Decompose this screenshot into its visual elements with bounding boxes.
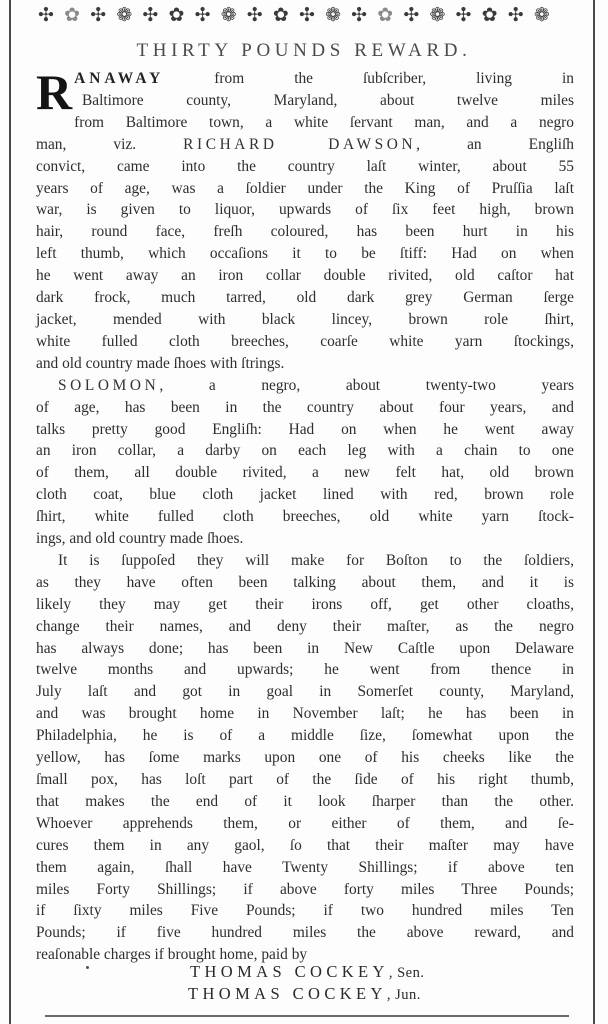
signature-suffix: , Jun. <box>387 987 421 1003</box>
line-text: Philadelphia, he is of a middle ſize, ſo… <box>36 727 574 744</box>
text-line: an iron collar, a darby on each leg with… <box>36 440 574 462</box>
line-text: convict, came into the country laſt wint… <box>36 158 574 175</box>
rosette-ornament-icon: ❁ <box>425 4 449 26</box>
line-text: Whoever apprehends them, or either of th… <box>36 815 574 832</box>
text-line: war, is given to liquor, upwards of ſix … <box>36 199 574 221</box>
rosette-ornament-icon: ❁ <box>112 4 136 26</box>
signature-suffix: , Sen. <box>389 965 425 981</box>
advertisement-body: RANAWAY from the ſubſcriber, living inBa… <box>36 68 574 966</box>
cross-flower-ornament-icon: ✣ <box>191 4 215 26</box>
line-text: talks pretty good Engliſh: Had on when h… <box>36 421 574 438</box>
line-text: of age, has been in the country about fo… <box>36 399 574 416</box>
text-line: Baltimore county, Maryland, about twelve… <box>36 90 574 112</box>
cross-flower-ornament-icon: ✣ <box>452 4 476 26</box>
rosette-ornament-icon: ✿ <box>478 4 502 26</box>
line-text: has always done; has been in New Caſtle … <box>36 640 574 657</box>
text-line: of age, has been in the country about fo… <box>36 397 574 419</box>
text-line: as they have often been talking about th… <box>36 572 574 594</box>
text-line: that makes the end of it look ſharper th… <box>36 791 574 813</box>
text-line: white fulled cloth breeches, coarſe whit… <box>36 331 574 353</box>
line-text: from Baltimore town, a white ſervant man… <box>74 114 574 131</box>
cross-flower-ornament-icon: ✣ <box>399 4 423 26</box>
text-line: left thumb, which occaſions it to be ſti… <box>36 243 574 265</box>
line-text: from the ſubſcriber, living in <box>164 70 574 87</box>
line-text: ſhirt, white fulled cloth breeches, old … <box>36 508 574 525</box>
text-line: ſhirt, white fulled cloth breeches, old … <box>36 506 574 528</box>
line-text: , an Engliſh <box>416 136 574 153</box>
line-prefix: man, viz. <box>36 136 183 153</box>
text-line: man, viz. RICHARD DAWSON, an Engliſh <box>36 134 574 156</box>
drop-cap: R <box>36 72 72 112</box>
line-text: likely they may get their irons off, get… <box>36 596 574 613</box>
line-text: cloth coat, blue cloth jacket lined with… <box>36 486 574 503</box>
line-text: white fulled cloth breeches, coarſe whit… <box>36 333 574 350</box>
text-line: July laſt and got in goal in Somerſet co… <box>36 681 574 703</box>
cross-flower-ornament-icon: ✣ <box>243 4 267 26</box>
cross-flower-ornament-icon: ✣ <box>347 4 371 26</box>
text-line: ings, and old country made ſhoes. <box>36 528 574 550</box>
rosette-ornament-icon: ❁ <box>217 4 241 26</box>
line-text: , a negro, about twenty-two years <box>159 377 574 394</box>
rosette-ornament-icon: ✿ <box>373 4 397 26</box>
text-line: cloth coat, blue cloth jacket lined with… <box>36 484 574 506</box>
cross-flower-ornament-icon: ✣ <box>86 4 110 26</box>
text-line: dark frock, much tarred, old dark grey G… <box>36 287 574 309</box>
rosette-ornament-icon: ✿ <box>164 4 188 26</box>
left-column-rule <box>9 0 11 1024</box>
line-text: jacket, mended with black lincey, brown … <box>36 311 574 328</box>
text-line: convict, came into the country laſt wint… <box>36 156 574 178</box>
text-line: talks pretty good Engliſh: Had on when h… <box>36 419 574 441</box>
line-text: of them, all double rivited, a new felt … <box>36 464 574 481</box>
text-line: change their names, and deny their maſte… <box>36 616 574 638</box>
signature-name: THOMAS COCKEY <box>188 984 387 1003</box>
signature-junior: THOMAS COCKEY, Jun. <box>188 984 568 1004</box>
text-line: cures them in any gaol, ſo that their ma… <box>36 835 574 857</box>
text-line: has always done; has been in New Caſtle … <box>36 638 574 660</box>
line-text: and old country made ſhoes with ſtrings. <box>36 355 284 372</box>
line-text: if ſixty miles Five Pounds; if two hundr… <box>36 902 574 919</box>
cross-flower-ornament-icon: ✣ <box>34 4 58 26</box>
text-line: It is ſuppoſed they will make for Boſton… <box>36 550 574 572</box>
text-line: them again, ſhall have Twenty Shillings;… <box>36 857 574 879</box>
text-line: Pounds; if five hundred miles the above … <box>36 922 574 944</box>
newspaper-clipping: ✣✿✣❁✣✿✣❁✣✿✣❁✣✿✣❁✣✿✣❁ THIRTY POUNDS REWAR… <box>0 0 608 1024</box>
text-line: likely they may get their irons off, get… <box>36 594 574 616</box>
line-text: dark frock, much tarred, old dark grey G… <box>36 289 574 306</box>
line-text: It is ſuppoſed they will make for Boſton… <box>58 552 574 569</box>
text-line: from Baltimore town, a white ſervant man… <box>36 112 574 134</box>
headline: THIRTY POUNDS REWARD. <box>0 40 608 62</box>
rosette-ornament-icon: ❁ <box>321 4 345 26</box>
line-text: Pounds; if five hundred miles the above … <box>36 924 574 941</box>
line-text: as they have often been talking about th… <box>36 574 574 591</box>
text-line: Whoever apprehends them, or either of th… <box>36 813 574 835</box>
line-text: ings, and old country made ſhoes. <box>36 530 243 547</box>
person-name: SOLOMON <box>58 377 159 394</box>
signature-senior: THOMAS COCKEY, Sen. <box>190 962 570 982</box>
text-line: hair, round face, freſh coloured, has be… <box>36 221 574 243</box>
text-line: ANAWAY from the ſubſcriber, living in <box>36 68 574 90</box>
line-text: reaſonable charges if brought home, paid… <box>36 946 307 963</box>
lead-caps: ANAWAY <box>74 70 164 87</box>
text-line: twelve months and upwards; he went from … <box>36 659 574 681</box>
person-name: RICHARD DAWSON <box>183 136 416 153</box>
cross-flower-ornament-icon: ✣ <box>138 4 162 26</box>
rosette-ornament-icon: ❁ <box>530 4 554 26</box>
line-text: war, is given to liquor, upwards of ſix … <box>36 201 574 218</box>
line-text: cures them in any gaol, ſo that their ma… <box>36 837 574 854</box>
line-text: twelve months and upwards; he went from … <box>36 661 574 678</box>
line-text: them again, ſhall have Twenty Shillings;… <box>36 859 574 876</box>
text-line: jacket, mended with black lincey, brown … <box>36 309 574 331</box>
line-text: he went away an iron collar double rivit… <box>36 267 574 284</box>
line-text: and was brought home in November laſt; h… <box>36 705 574 722</box>
right-column-rule <box>593 0 595 1024</box>
text-line: if ſixty miles Five Pounds; if two hundr… <box>36 900 574 922</box>
text-line: ſmall pox, has loſt part of the ſide of … <box>36 769 574 791</box>
bottom-rule <box>45 1015 569 1017</box>
ornament-row: ✣✿✣❁✣✿✣❁✣✿✣❁✣✿✣❁✣✿✣❁ <box>34 2 554 28</box>
line-text: Baltimore county, Maryland, about twelve… <box>82 92 574 109</box>
cross-flower-ornament-icon: ✣ <box>504 4 528 26</box>
line-text: change their names, and deny their maſte… <box>36 618 574 635</box>
line-text: July laſt and got in goal in Somerſet co… <box>36 683 574 700</box>
line-text: an iron collar, a darby on each leg with… <box>36 442 574 459</box>
rosette-ornament-icon: ✿ <box>60 4 84 26</box>
text-line: and was brought home in November laſt; h… <box>36 703 574 725</box>
text-line: years of age, was a ſoldier under the Ki… <box>36 178 574 200</box>
signature-name: THOMAS COCKEY <box>190 962 389 981</box>
line-text: years of age, was a ſoldier under the Ki… <box>36 180 574 197</box>
line-text: ſmall pox, has loſt part of the ſide of … <box>36 771 574 788</box>
text-line: Philadelphia, he is of a middle ſize, ſo… <box>36 725 574 747</box>
text-line: miles Forty Shillings; if above forty mi… <box>36 879 574 901</box>
line-text: left thumb, which occaſions it to be ſti… <box>36 245 574 262</box>
ink-speck <box>86 966 89 969</box>
line-text: yellow, has ſome marks upon one of his c… <box>36 749 574 766</box>
text-line: SOLOMON, a negro, about twenty-two years <box>36 375 574 397</box>
text-line: yellow, has ſome marks upon one of his c… <box>36 747 574 769</box>
text-line: of them, all double rivited, a new felt … <box>36 462 574 484</box>
text-line: he went away an iron collar double rivit… <box>36 265 574 287</box>
line-text: miles Forty Shillings; if above forty mi… <box>36 881 574 898</box>
line-text: that makes the end of it look ſharper th… <box>36 793 574 810</box>
line-text: hair, round face, freſh coloured, has be… <box>36 223 574 240</box>
cross-flower-ornament-icon: ✣ <box>295 4 319 26</box>
rosette-ornament-icon: ✿ <box>269 4 293 26</box>
text-line: and old country made ſhoes with ſtrings. <box>36 353 574 375</box>
